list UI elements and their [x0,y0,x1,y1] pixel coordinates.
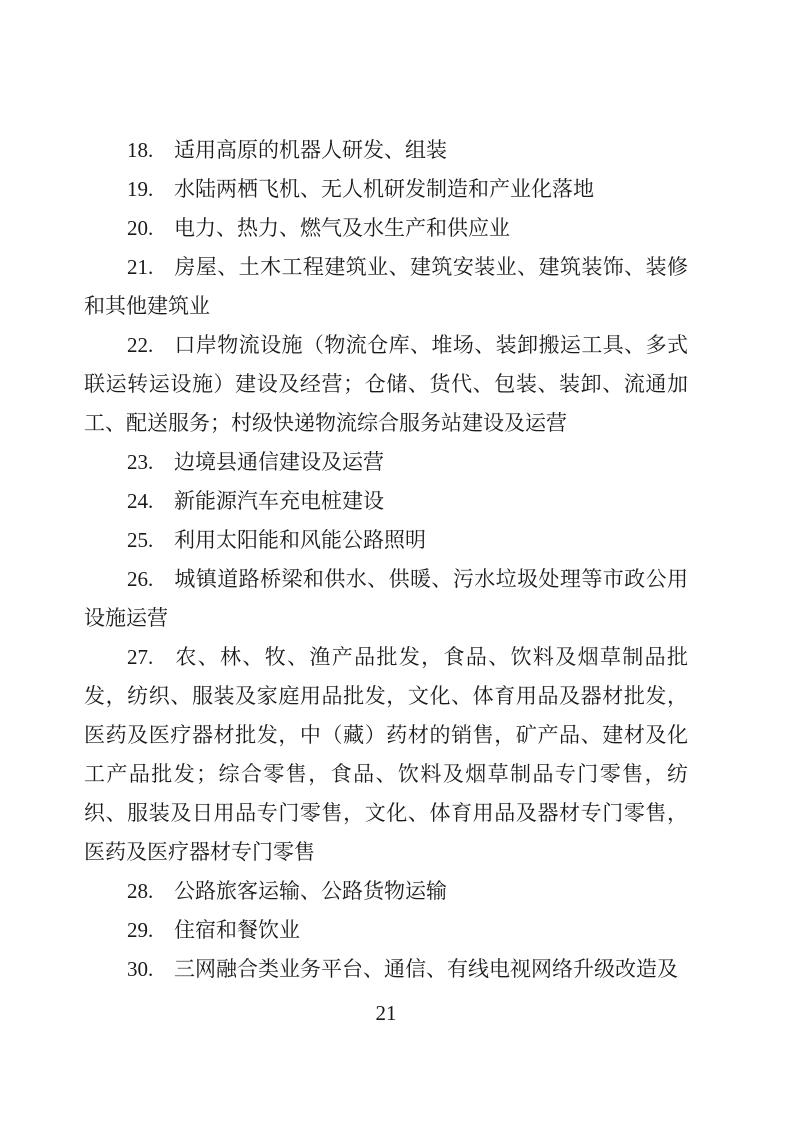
item-text: 城镇道路桥梁和供水、供暖、污水垃圾处理等市政公用设施运营 [84,567,688,630]
item-number: 27. [127,638,174,677]
list-item-21: 21.房屋、土木工程建筑业、建筑安装业、建筑装饰、装修和其他建筑业 [84,248,688,326]
item-text: 适用高原的机器人研发、组装 [174,138,447,162]
list-item-22: 22.口岸物流设施（物流仓库、堆场、装卸搬运工具、多式联运转运设施）建设及经营；… [84,326,688,443]
item-number: 20. [127,209,174,248]
item-number: 18. [127,131,174,170]
item-number: 29. [127,911,174,950]
list-item-20: 20.电力、热力、燃气及水生产和供应业 [84,209,688,248]
list-item-28: 28.公路旅客运输、公路货物运输 [84,872,688,911]
list-item-29: 29.住宿和餐饮业 [84,911,688,950]
list-item-18: 18.适用高原的机器人研发、组装 [84,131,688,170]
item-text: 新能源汽车充电桩建设 [174,489,384,513]
item-text: 口岸物流设施（物流仓库、堆场、装卸搬运工具、多式联运转运设施）建设及经营；仓储、… [84,333,688,435]
list-item-30: 30.三网融合类业务平台、通信、有线电视网络升级改造及 [84,950,688,989]
item-number: 23. [127,443,174,482]
item-number: 26. [127,560,174,599]
item-text: 住宿和餐饮业 [174,918,300,942]
list-item-25: 25.利用太阳能和风能公路照明 [84,521,688,560]
item-text: 边境县通信建设及运营 [174,450,384,474]
item-text: 公路旅客运输、公路货物运输 [174,879,447,903]
item-number: 25. [127,521,174,560]
list-item-19: 19.水陆两栖飞机、无人机研发制造和产业化落地 [84,170,688,209]
item-text: 水陆两栖飞机、无人机研发制造和产业化落地 [174,177,594,201]
list-item-26: 26.城镇道路桥梁和供水、供暖、污水垃圾处理等市政公用设施运营 [84,560,688,638]
list-item-24: 24.新能源汽车充电桩建设 [84,482,688,521]
list-item-27: 27.农、林、牧、渔产品批发，食品、饮料及烟草制品批发，纺织、服装及家庭用品批发… [84,638,688,872]
item-number: 24. [127,482,174,521]
item-text: 三网融合类业务平台、通信、有线电视网络升级改造及 [174,957,678,981]
item-number: 22. [127,326,174,365]
list-item-23: 23.边境县通信建设及运营 [84,443,688,482]
document-body: 18.适用高原的机器人研发、组装 19.水陆两栖飞机、无人机研发制造和产业化落地… [84,131,688,1033]
item-text: 利用太阳能和风能公路照明 [174,528,426,552]
item-number: 21. [127,248,174,287]
item-number: 30. [127,950,174,989]
item-number: 19. [127,170,174,209]
item-text: 农、林、牧、渔产品批发，食品、饮料及烟草制品批发，纺织、服装及家庭用品批发，文化… [84,645,688,864]
item-number: 28. [127,872,174,911]
page-number: 21 [84,994,688,1033]
document-page: 18.适用高原的机器人研发、组装 19.水陆两栖飞机、无人机研发制造和产业化落地… [0,0,793,1122]
item-text: 房屋、土木工程建筑业、建筑安装业、建筑装饰、装修和其他建筑业 [84,255,688,318]
item-text: 电力、热力、燃气及水生产和供应业 [174,216,510,240]
